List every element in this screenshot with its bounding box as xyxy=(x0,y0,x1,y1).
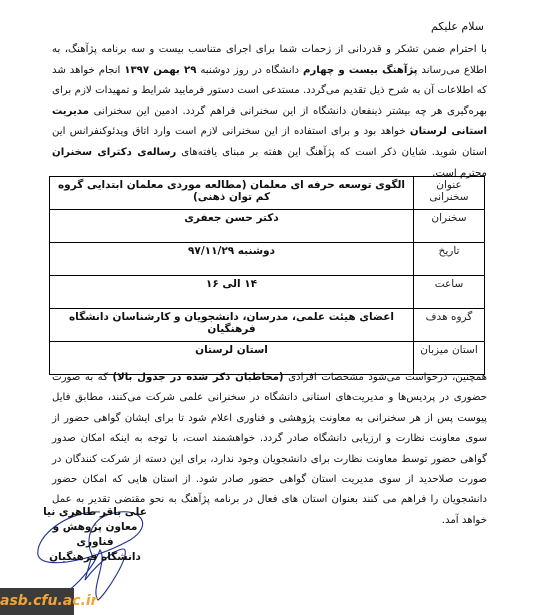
intro-text-b: دانشگاه در روز دوشنبه xyxy=(196,65,303,76)
signer-title: معاون پژوهش و فناوری xyxy=(40,520,150,550)
table-row: عنوان سخنرانی الگوی توسعه حرفه ای معلمان… xyxy=(50,177,485,210)
audience-note: (مخاطبان ذکر شده در جدول بالا) xyxy=(112,372,283,383)
table-row: تاریخ دوشنبه ۹۷/۱۱/۲۹ xyxy=(50,243,485,276)
thesis-note: رساله‌ی دکترای سخنران xyxy=(52,147,176,158)
table-row: ساعت ۱۴ الی ۱۶ xyxy=(50,276,485,309)
lecture-info-table: عنوان سخنرانی الگوی توسعه حرفه ای معلمان… xyxy=(49,176,485,375)
greeting: سلام علیکم xyxy=(431,20,484,33)
row-label: سخنران xyxy=(414,210,485,243)
row-label: تاریخ xyxy=(414,243,485,276)
row-label: گروه هدف xyxy=(414,309,485,342)
row-value: دکتر حسن جعفری xyxy=(50,210,414,243)
signer-name: علی باقر طاهری نیا xyxy=(40,505,150,520)
intro-paragraph: با احترام ضمن تشکر و قدردانی از زحمات شم… xyxy=(52,40,487,184)
row-label: عنوان سخنرانی xyxy=(414,177,485,210)
letter-page: سلام علیکم با احترام ضمن تشکر و قدردانی … xyxy=(0,0,541,615)
site-watermark: asb.cfu.ac.ir xyxy=(0,588,74,615)
signature-block: علی باقر طاهری نیا معاون پژوهش و فناوری … xyxy=(40,505,150,565)
event-name: پژآهنگ بیست و چهارم xyxy=(303,65,418,76)
row-label: ساعت xyxy=(414,276,485,309)
row-value: اعضای هیئت علمی، مدرسان، دانشجویان و کار… xyxy=(50,309,414,342)
row-value: دوشنبه ۹۷/۱۱/۲۹ xyxy=(50,243,414,276)
table-row: سخنران دکتر حسن جعفری xyxy=(50,210,485,243)
table-row: گروه هدف اعضای هیئت علمی، مدرسان، دانشجو… xyxy=(50,309,485,342)
event-date: ۲۹ بهمن ۱۳۹۷ xyxy=(124,65,196,76)
signer-org: دانشگاه فرهنگیان xyxy=(40,550,150,565)
row-value: ۱۴ الی ۱۶ xyxy=(50,276,414,309)
closing-text-a: همچنین، درخواست می‌شود مشخصات افرادی xyxy=(284,372,487,383)
row-value: الگوی توسعه حرفه ای معلمان (مطالعه موردی… xyxy=(50,177,414,210)
